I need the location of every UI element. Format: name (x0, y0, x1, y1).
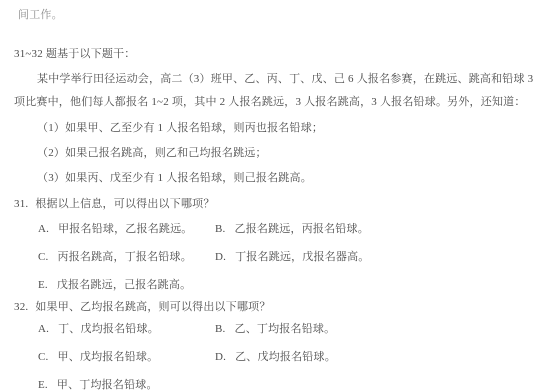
q31-option-d: D.丁报名跳远，戊报名器高。 (215, 250, 370, 264)
condition-1: （1）如果甲、乙至少有 1 人报名铅球，则丙也报名铅球； (37, 121, 323, 135)
q32-option-d-label: D. (215, 350, 226, 364)
condition-2: （2）如果己报名跳高，则乙和己均报名跳远； (37, 146, 267, 160)
q31-options-row-e: E.戊报名跳远，己报名跳高。 (0, 278, 551, 292)
q31-option-b: B.乙报名跳远，丙报名铅球。 (215, 222, 369, 236)
q31-option-b-label: B. (215, 222, 226, 236)
q31-option-d-text: 丁报名跳远，戊报名器高。 (235, 251, 369, 263)
q32-option-e-label: E. (38, 378, 48, 392)
q31-option-c-text: 丙报名跳高，丁报名铅球。 (58, 251, 192, 263)
stem-paragraph-line-1: 某中学举行田径运动会，高二（3）班甲、乙、丙、丁、戊、己 6 人报名参赛，在跳远… (37, 72, 533, 86)
q32-options-row-ab: A.丁、戊均报名铅球。 B.乙、丁均报名铅球。 (0, 322, 551, 336)
q32-option-d-text: 乙、戊均报名铅球。 (235, 351, 336, 363)
top-paragraph-fragment: 间工作。 (18, 8, 63, 22)
q31-option-c-label: C. (38, 250, 49, 264)
q31-options-row-cd: C.丙报名跳高，丁报名铅球。 D.丁报名跳远，戊报名器高。 (0, 250, 551, 264)
question-31-stem: 根据以上信息，可以得出以下哪项？ (35, 198, 214, 210)
q32-options-row-e: E.甲、丁均报名铅球。 (0, 378, 551, 392)
question-32-stem: 如果甲、乙均报名跳高，则可以得出以下哪项？ (35, 301, 270, 313)
q32-option-b-label: B. (215, 322, 226, 336)
question-32-number: 32. (14, 300, 28, 314)
q32-option-b: B.乙、丁均报名铅球。 (215, 322, 335, 336)
question-31-number: 31. (14, 197, 28, 211)
intro-heading: 31~32 题基于以下题干： (14, 47, 136, 61)
q31-option-a: A.甲报名铅球，乙报名跳远。 (38, 222, 193, 236)
q31-options-row-ab: A.甲报名铅球，乙报名跳远。 B.乙报名跳远，丙报名铅球。 (0, 222, 551, 236)
q32-option-c-label: C. (38, 350, 49, 364)
condition-3: （3）如果丙、戊至少有 1 人报名铅球，则己报名跳高。 (37, 171, 312, 185)
q32-option-c: C.甲、戊均报名铅球。 (38, 350, 158, 364)
q32-option-d: D.乙、戊均报名铅球。 (215, 350, 336, 364)
q32-option-a-text: 丁、戊均报名铅球。 (58, 323, 159, 335)
question-31: 31.根据以上信息，可以得出以下哪项？ (14, 197, 215, 211)
q31-option-e-label: E. (38, 278, 48, 292)
q31-option-e: E.戊报名跳远，己报名跳高。 (38, 278, 191, 292)
question-32: 32.如果甲、乙均报名跳高，则可以得出以下哪项？ (14, 300, 271, 314)
q31-option-a-text: 甲报名铅球，乙报名跳远。 (58, 223, 192, 235)
q32-option-e-text: 甲、丁均报名铅球。 (57, 379, 158, 391)
q32-option-a-label: A. (38, 322, 49, 336)
stem-paragraph-line-2: 项比赛中，他们每人都报名 1~2 项，其中 2 人报名跳远，3 人报名跳高，3 … (14, 95, 526, 109)
q31-option-e-text: 戊报名跳远，己报名跳高。 (57, 279, 191, 291)
q31-option-b-text: 乙报名跳远，丙报名铅球。 (235, 223, 369, 235)
q32-option-c-text: 甲、戊均报名铅球。 (58, 351, 159, 363)
q31-option-d-label: D. (215, 250, 226, 264)
document-page: 间工作。 31~32 题基于以下题干： 某中学举行田径运动会，高二（3）班甲、乙… (0, 0, 551, 392)
q31-option-a-label: A. (38, 222, 49, 236)
q31-option-c: C.丙报名跳高，丁报名铅球。 (38, 250, 192, 264)
q32-options-row-cd: C.甲、戊均报名铅球。 D.乙、戊均报名铅球。 (0, 350, 551, 364)
q32-option-e: E.甲、丁均报名铅球。 (38, 378, 158, 392)
q32-option-b-text: 乙、丁均报名铅球。 (235, 323, 336, 335)
q32-option-a: A.丁、戊均报名铅球。 (38, 322, 159, 336)
